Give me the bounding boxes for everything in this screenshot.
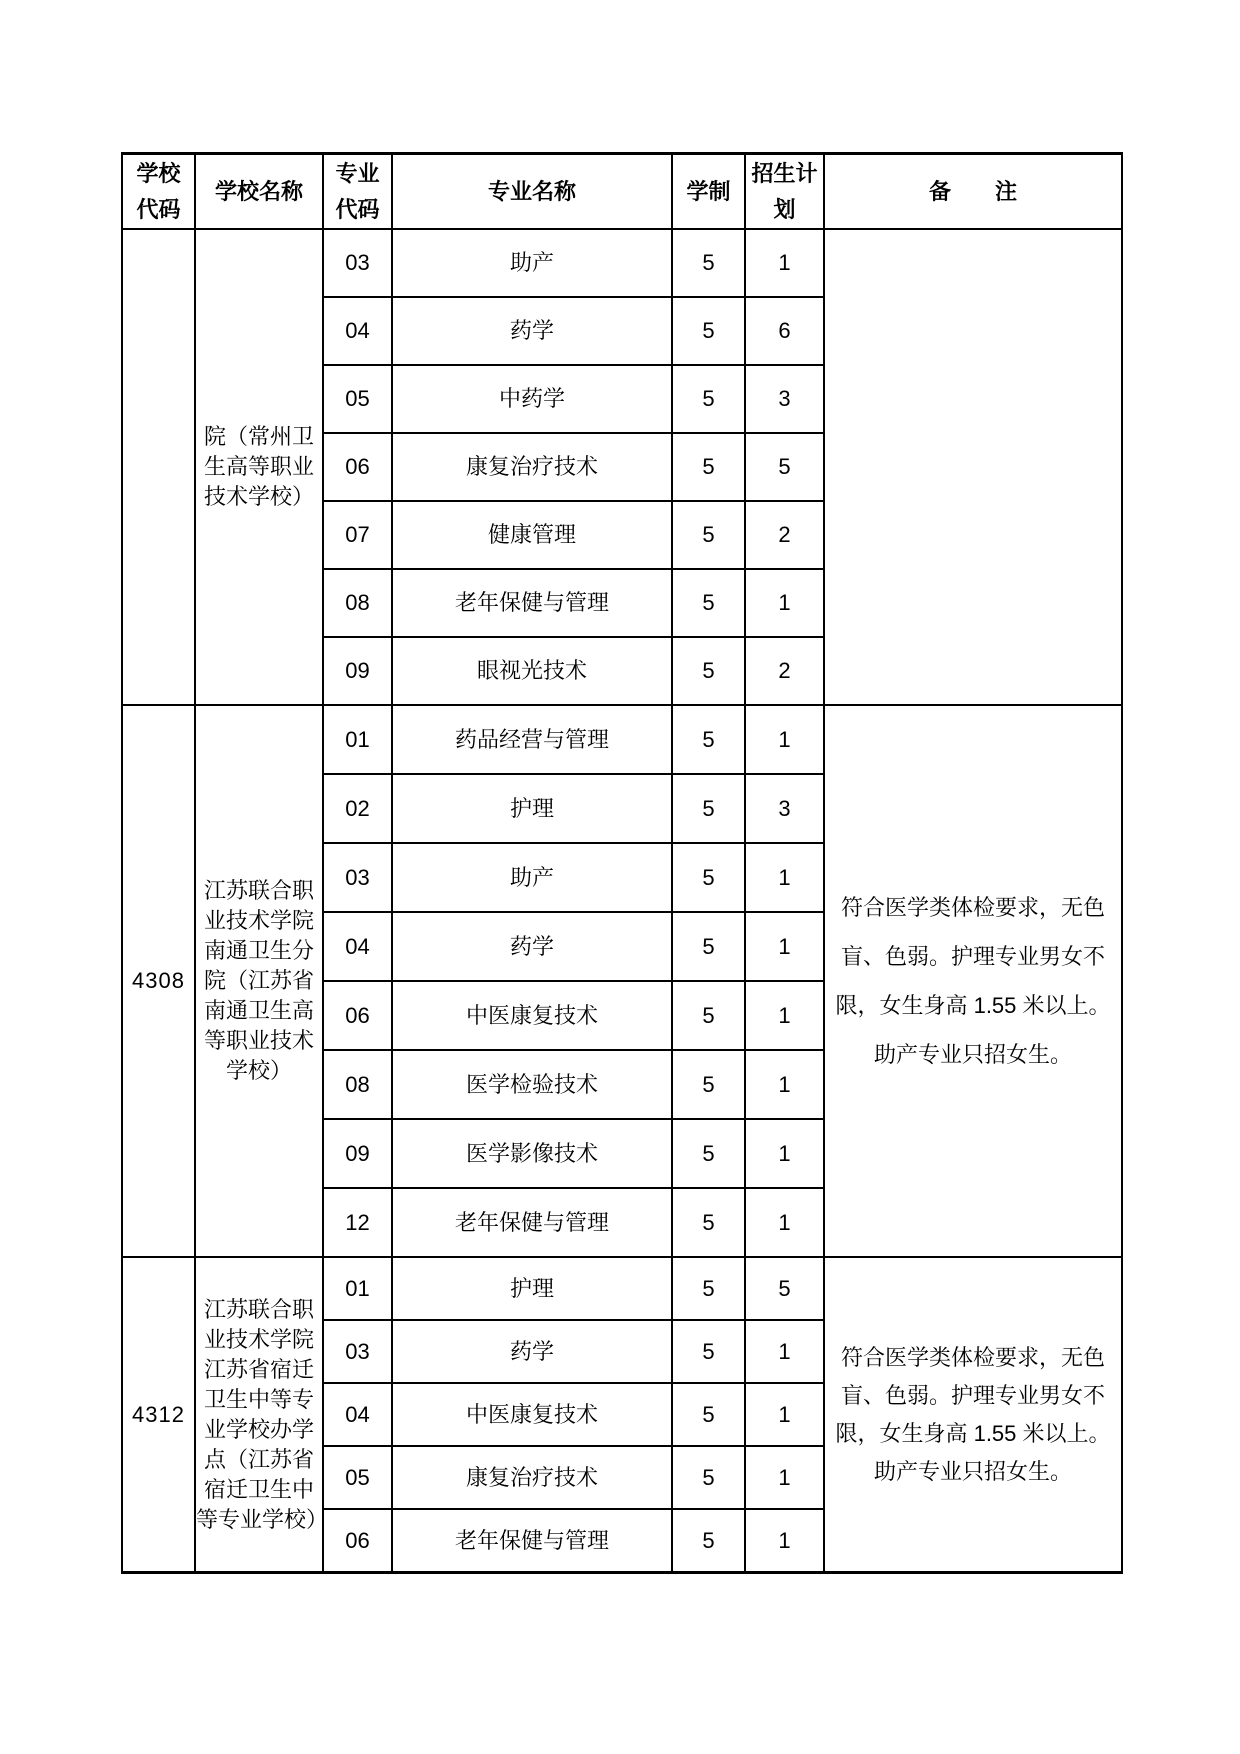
remark-cell: 符合医学类体检要求，无色盲、色弱。护理专业男女不限，女生身高 1.55 米以上。…: [824, 1257, 1122, 1573]
major-name-cell: 老年保健与管理: [392, 569, 672, 637]
major-name-cell: 眼视光技术: [392, 637, 672, 705]
duration-cell: 5: [672, 1188, 745, 1257]
major-code-cell: 01: [323, 705, 392, 774]
plan-cell: 1: [745, 981, 824, 1050]
major-code-cell: 04: [323, 1383, 392, 1446]
major-name-cell: 助产: [392, 843, 672, 912]
plan-cell: 2: [745, 637, 824, 705]
major-code-cell: 08: [323, 1050, 392, 1119]
school-name-cell: 江苏联合职业技术学院南通卫生分院（江苏省南通卫生高等职业技术学校）: [195, 705, 323, 1257]
plan-cell: 1: [745, 843, 824, 912]
major-code-cell: 04: [323, 297, 392, 365]
table-row: 4308 江苏联合职业技术学院南通卫生分院（江苏省南通卫生高等职业技术学校） 0…: [122, 705, 1122, 774]
major-name-cell: 护理: [392, 774, 672, 843]
school-code-cell: 4312: [122, 1257, 195, 1573]
major-name-cell: 药学: [392, 912, 672, 981]
duration-cell: 5: [672, 365, 745, 433]
major-name-cell: 中医康复技术: [392, 1383, 672, 1446]
plan-cell: 5: [745, 1257, 824, 1320]
plan-cell: 1: [745, 1119, 824, 1188]
major-code-cell: 05: [323, 365, 392, 433]
major-name-cell: 药品经营与管理: [392, 705, 672, 774]
header-duration: 学制: [672, 154, 745, 230]
plan-cell: 1: [745, 1188, 824, 1257]
plan-cell: 1: [745, 569, 824, 637]
duration-cell: 5: [672, 1320, 745, 1383]
major-code-cell: 03: [323, 229, 392, 297]
enrollment-plan-table: 学校代码 学校名称 专业代码 专业名称 学制 招生计划 备 注 院（常州卫生高等…: [121, 152, 1123, 1574]
duration-cell: 5: [672, 229, 745, 297]
duration-cell: 5: [672, 774, 745, 843]
duration-cell: 5: [672, 1050, 745, 1119]
header-major-name: 专业名称: [392, 154, 672, 230]
plan-cell: 1: [745, 705, 824, 774]
major-name-cell: 中药学: [392, 365, 672, 433]
plan-cell: 1: [745, 1320, 824, 1383]
duration-cell: 5: [672, 569, 745, 637]
plan-cell: 1: [745, 1446, 824, 1509]
major-code-cell: 04: [323, 912, 392, 981]
duration-cell: 5: [672, 1119, 745, 1188]
major-name-cell: 老年保健与管理: [392, 1509, 672, 1573]
remark-cell: 符合医学类体检要求，无色盲、色弱。护理专业男女不限，女生身高 1.55 米以上。…: [824, 705, 1122, 1257]
major-code-cell: 06: [323, 1509, 392, 1573]
school-code-cell: 4308: [122, 705, 195, 1257]
major-name-cell: 中医康复技术: [392, 981, 672, 1050]
duration-cell: 5: [672, 1446, 745, 1509]
major-name-cell: 医学检验技术: [392, 1050, 672, 1119]
header-plan: 招生计划: [745, 154, 824, 230]
plan-cell: 6: [745, 297, 824, 365]
major-code-cell: 07: [323, 501, 392, 569]
duration-cell: 5: [672, 981, 745, 1050]
major-code-cell: 02: [323, 774, 392, 843]
plan-cell: 1: [745, 229, 824, 297]
duration-cell: 5: [672, 1509, 745, 1573]
major-code-cell: 06: [323, 433, 392, 501]
plan-cell: 1: [745, 1509, 824, 1573]
major-code-cell: 09: [323, 1119, 392, 1188]
major-name-cell: 健康管理: [392, 501, 672, 569]
major-name-cell: 康复治疗技术: [392, 1446, 672, 1509]
remark-cell: [824, 229, 1122, 705]
plan-cell: 3: [745, 774, 824, 843]
duration-cell: 5: [672, 843, 745, 912]
major-code-cell: 08: [323, 569, 392, 637]
duration-cell: 5: [672, 1383, 745, 1446]
plan-cell: 3: [745, 365, 824, 433]
major-name-cell: 药学: [392, 1320, 672, 1383]
duration-cell: 5: [672, 637, 745, 705]
major-code-cell: 03: [323, 843, 392, 912]
major-name-cell: 康复治疗技术: [392, 433, 672, 501]
major-name-cell: 医学影像技术: [392, 1119, 672, 1188]
plan-cell: 1: [745, 912, 824, 981]
major-name-cell: 护理: [392, 1257, 672, 1320]
duration-cell: 5: [672, 1257, 745, 1320]
header-school-name: 学校名称: [195, 154, 323, 230]
major-name-cell: 药学: [392, 297, 672, 365]
plan-cell: 2: [745, 501, 824, 569]
plan-cell: 1: [745, 1383, 824, 1446]
duration-cell: 5: [672, 433, 745, 501]
major-code-cell: 01: [323, 1257, 392, 1320]
header-row: 学校代码 学校名称 专业代码 专业名称 学制 招生计划 备 注: [122, 154, 1122, 230]
school-name-cell: 江苏联合职业技术学院江苏省宿迁卫生中等专业学校办学点（江苏省宿迁卫生中等专业学校…: [195, 1257, 323, 1573]
school-code-cell: [122, 229, 195, 705]
major-name-cell: 老年保健与管理: [392, 1188, 672, 1257]
major-code-cell: 12: [323, 1188, 392, 1257]
major-code-cell: 06: [323, 981, 392, 1050]
duration-cell: 5: [672, 297, 745, 365]
major-code-cell: 03: [323, 1320, 392, 1383]
duration-cell: 5: [672, 912, 745, 981]
major-name-cell: 助产: [392, 229, 672, 297]
major-code-cell: 09: [323, 637, 392, 705]
major-code-cell: 05: [323, 1446, 392, 1509]
header-major-code: 专业代码: [323, 154, 392, 230]
table-row: 4312 江苏联合职业技术学院江苏省宿迁卫生中等专业学校办学点（江苏省宿迁卫生中…: [122, 1257, 1122, 1320]
school-name-cell: 院（常州卫生高等职业技术学校）: [195, 229, 323, 705]
table-row: 院（常州卫生高等职业技术学校） 03 助产 5 1: [122, 229, 1122, 297]
header-remark: 备 注: [824, 154, 1122, 230]
duration-cell: 5: [672, 705, 745, 774]
header-school-code: 学校代码: [122, 154, 195, 230]
plan-cell: 5: [745, 433, 824, 501]
plan-cell: 1: [745, 1050, 824, 1119]
duration-cell: 5: [672, 501, 745, 569]
